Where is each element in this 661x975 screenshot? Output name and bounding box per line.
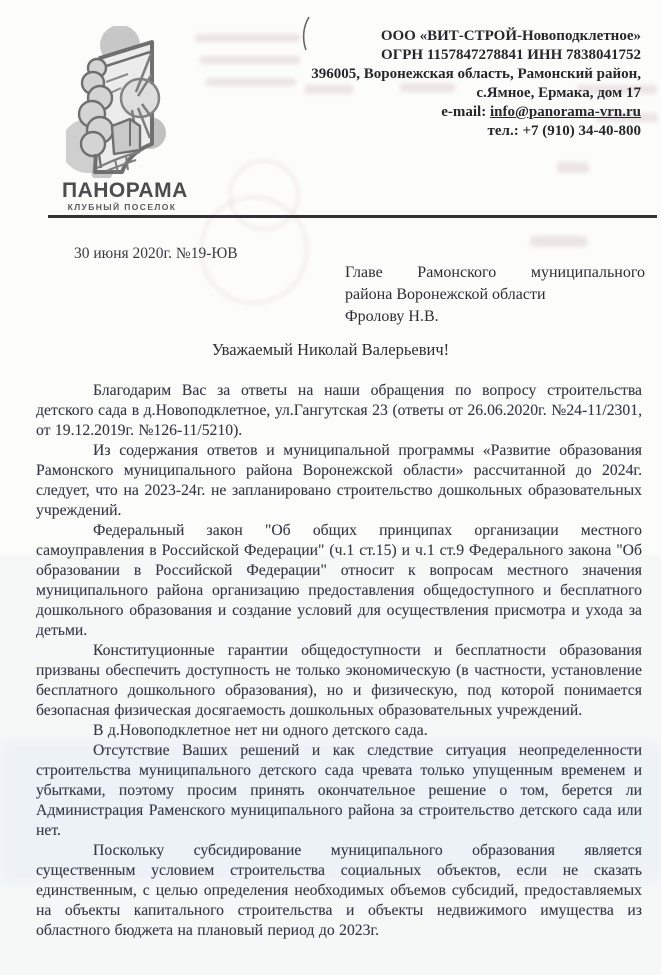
addressee-line3: Фролову Н.В.	[345, 306, 645, 328]
letter-date-number: 30 июня 2020г. №19-ЮВ	[74, 245, 238, 263]
bleedthrough-artifact	[557, 162, 589, 173]
addressee-block: Главе Рамонского муниципального района В…	[345, 262, 645, 328]
company-address-line1: 396005, Воронежская область, Рамонский р…	[221, 65, 641, 84]
letter-body: Благодарим Вас за ответы на наши обращен…	[36, 381, 642, 941]
salutation: Уважаемый Николай Валерьевич!	[0, 340, 661, 360]
scanned-letter-page: ПАНОРАМА КЛУБНЫЙ ПОСЕЛОК ООО «ВИТ-СТРОЙ-…	[0, 0, 661, 975]
body-paragraph: Отсутствие Ваших решений и как следствие…	[36, 741, 642, 841]
letterhead-divider	[48, 215, 657, 218]
email-label: e-mail:	[441, 104, 490, 120]
bleedthrough-stamp-circle	[229, 160, 299, 230]
company-requisites: ООО «ВИТ-СТРОЙ-Новоподклетное» ОГРН 1157…	[221, 27, 641, 141]
panorama-emblem-icon	[66, 26, 176, 178]
body-paragraph: В д.Новоподклетное нет ни одного детског…	[36, 721, 642, 741]
logo-title: ПАНОРАМА	[62, 179, 182, 203]
logo-subtitle: КЛУБНЫЙ ПОСЕЛОК	[62, 202, 182, 212]
body-paragraph: Конституционные гарантии общедоступности…	[36, 641, 642, 721]
bleedthrough-artifact	[530, 236, 587, 247]
addressee-line2: района Воронежской области	[345, 284, 645, 306]
company-address-line2: с.Ямное, Ермака, дом 17	[221, 84, 641, 103]
company-registration: ОГРН 1157847278841 ИНН 7838041752	[221, 46, 641, 65]
company-phone: тел.: +7 (910) 34-40-800	[221, 122, 641, 141]
addressee-line1: Главе Рамонского муниципального	[345, 262, 645, 284]
email-address: info@panorama-vrn.ru	[490, 104, 641, 120]
body-paragraph: Федеральный закон "Об общих принципах ор…	[36, 521, 642, 641]
company-email-line: e-mail: info@panorama-vrn.ru	[221, 103, 641, 122]
body-paragraph: Поскольку субсидирование муниципального …	[36, 841, 642, 941]
body-paragraph: Благодарим Вас за ответы на наши обращен…	[36, 381, 642, 441]
body-paragraph: Из содержания ответов и муниципальной пр…	[36, 441, 642, 521]
company-name: ООО «ВИТ-СТРОЙ-Новоподклетное»	[221, 27, 641, 46]
